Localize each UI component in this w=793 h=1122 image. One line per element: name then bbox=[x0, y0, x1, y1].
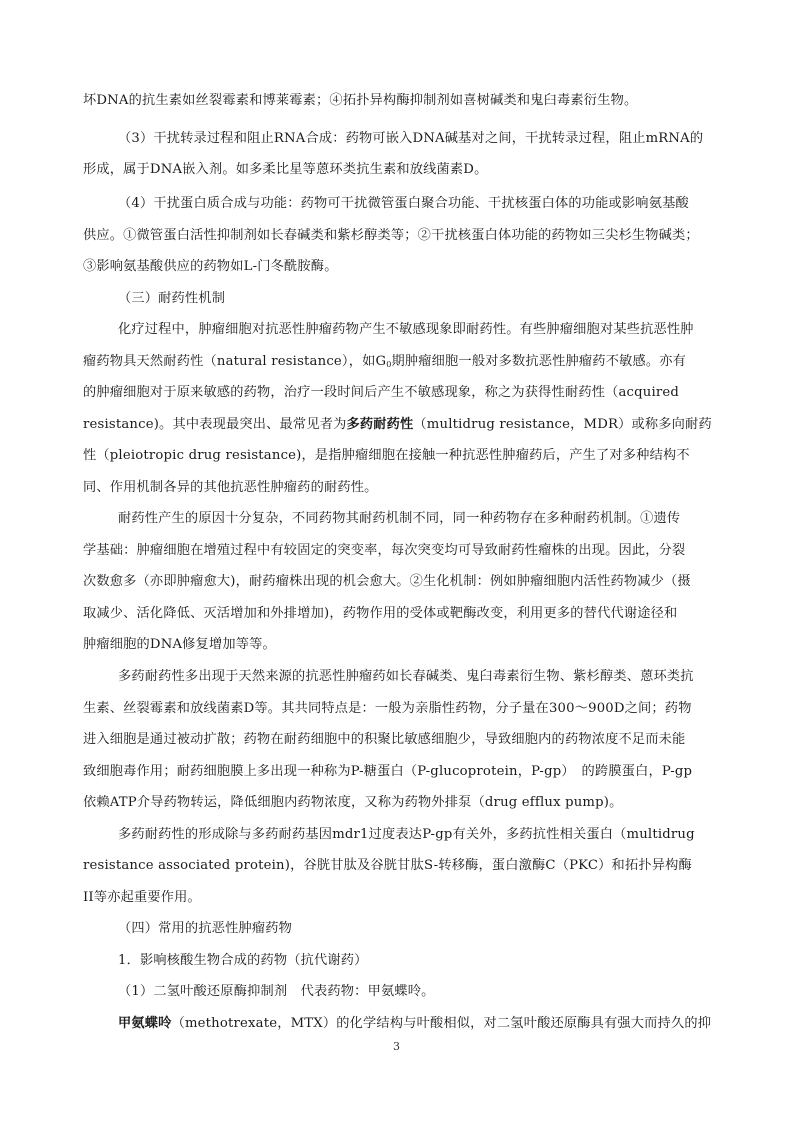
text-run: 多药耐药性多出现于天然来源的抗恶性肿瘤药如长春碱类、鬼臼毒素衍生物、紫杉醇类、蒽… bbox=[118, 669, 694, 684]
text-run: （1）二氢叶酸还原酶抑制剂 代表药物：甲氨蝶呤。 bbox=[118, 984, 435, 999]
text-line: 生素、丝裂霉素和放线菌素D等。其共同特点是：一般为亲脂性药物，分子量在300～9… bbox=[83, 701, 715, 717]
text-line: 1．影响核酸生物合成的药物（抗代谢药） bbox=[118, 953, 750, 969]
text-line: 坏DNA的抗生素如丝裂霉素和博莱霉素；④拓扑异构酶抑制剂如喜树碱类和鬼臼毒素衍生… bbox=[83, 93, 715, 109]
text-line: （四）常用的抗恶性肿瘤药物 bbox=[118, 921, 750, 937]
text-line: 耐药性产生的原因十分复杂，不同药物其耐药机制不同，同一种药物存在多种耐药机制。①… bbox=[118, 511, 715, 527]
text-line: 依赖ATP介导药物转运，降低细胞内药物浓度，又称为药物外排泵（drug effl… bbox=[83, 795, 715, 811]
text-run: 形成，属于DNA嵌入剂。如多柔比星等蒽环类抗生素和放线菌素D。 bbox=[83, 162, 487, 177]
text-run: （4）干扰蛋白质合成与功能：药物可干扰微管蛋白聚合功能、干扰核蛋白体的功能或影响… bbox=[118, 196, 689, 211]
bold-term: 甲氨蝶呤 bbox=[118, 1016, 172, 1031]
bold-term: 多药耐药性 bbox=[346, 417, 413, 432]
text-run: 进入细胞是通过被动扩散；药物在耐药细胞中的积聚比敏感细胞少，导致细胞内的药物浓度… bbox=[83, 732, 685, 747]
text-line: 瘤药物具天然耐药性（natural resistance），如G0期肿瘤细胞一般… bbox=[83, 354, 715, 373]
text-run: 次数愈多（亦即肿瘤愈大)，耐药瘤株出现的机会愈大。②生化机制：例如肿瘤细胞内活性… bbox=[83, 574, 691, 589]
text-run: 致细胞毒作用；耐药细胞膜上多出现一种称为P-糖蛋白（P-glucoprotein… bbox=[83, 764, 692, 779]
text-line: （1）二氢叶酸还原酶抑制剂 代表药物：甲氨蝶呤。 bbox=[118, 984, 750, 1000]
text-line: 同、作用机制各异的其他抗恶性肿瘤药的耐药性。 bbox=[83, 480, 715, 496]
text-line: resistance)。其中表现最突出、最常见者为多药耐药性（multidrug… bbox=[83, 417, 715, 433]
text-run: resistance associated protein)，谷胱甘肽及谷胱甘肽… bbox=[83, 858, 692, 873]
text-run: 生素、丝裂霉素和放线菌素D等。其共同特点是：一般为亲脂性药物，分子量在300～9… bbox=[83, 701, 692, 716]
text-run: 取减少、活化降低、灭活增加和外排增加)，药物作用的受体或靶酶改变，利用更多的替代… bbox=[83, 606, 677, 621]
text-line: 的肿瘤细胞对于原来敏感的药物，治疗一段时间后产生不敏感现象，称之为获得性耐药性（… bbox=[83, 385, 715, 401]
text-line: 形成，属于DNA嵌入剂。如多柔比星等蒽环类抗生素和放线菌素D。 bbox=[83, 162, 715, 178]
text-run: 性（pleiotropic drug resistance)，是指肿瘤细胞在接触… bbox=[83, 448, 690, 463]
text-line: resistance associated protein)，谷胱甘肽及谷胱甘肽… bbox=[83, 858, 715, 874]
text-line: （三）耐药性机制 bbox=[118, 291, 750, 307]
text-line: 甲氨蝶呤（methotrexate，MTX）的化学结构与叶酸相似，对二氢叶酸还原… bbox=[118, 1016, 750, 1032]
text-run: 期肿瘤细胞一般对多数抗恶性肿瘤药不敏感。亦有 bbox=[392, 354, 687, 369]
text-run: 学基础：肿瘤细胞在增殖过程中有较固定的突变率，每次突变均可导致耐药性瘤株的出现。… bbox=[83, 543, 685, 558]
page-number: 3 bbox=[0, 1040, 793, 1053]
text-run: 同、作用机制各异的其他抗恶性肿瘤药的耐药性。 bbox=[83, 480, 378, 495]
text-run: resistance)。其中表现最突出、最常见者为 bbox=[83, 417, 346, 432]
text-line: 学基础：肿瘤细胞在增殖过程中有较固定的突变率，每次突变均可导致耐药性瘤株的出现。… bbox=[83, 543, 715, 559]
text-run: 坏DNA的抗生素如丝裂霉素和博莱霉素；④拓扑异构酶抑制剂如喜树碱类和鬼臼毒素衍生… bbox=[83, 93, 637, 108]
text-run: ③影响氨基酸供应的药物如L-门冬酰胺酶。 bbox=[83, 259, 338, 274]
text-run: II等亦起重要作用。 bbox=[83, 890, 201, 905]
text-run: （methotrexate，MTX）的化学结构与叶酸相似，对二氢叶酸还原酶具有强… bbox=[172, 1016, 712, 1031]
text-run: （3）干扰转录过程和阻止RNA合成：药物可嵌入DNA碱基对之间，干扰转录过程，阻… bbox=[118, 131, 703, 146]
text-run: （三）耐药性机制 bbox=[118, 291, 225, 306]
text-line: 次数愈多（亦即肿瘤愈大)，耐药瘤株出现的机会愈大。②生化机制：例如肿瘤细胞内活性… bbox=[83, 574, 715, 590]
text-line: II等亦起重要作用。 bbox=[83, 890, 715, 906]
text-run: 肿瘤细胞的DNA修复增加等等。 bbox=[83, 637, 276, 652]
text-run: 1．影响核酸生物合成的药物（抗代谢药） bbox=[118, 953, 368, 968]
text-line: 性（pleiotropic drug resistance)，是指肿瘤细胞在接触… bbox=[83, 448, 715, 464]
text-run: 瘤药物具天然耐药性（natural resistance），如G bbox=[83, 354, 386, 369]
text-line: 致细胞毒作用；耐药细胞膜上多出现一种称为P-糖蛋白（P-glucoprotein… bbox=[83, 764, 715, 780]
text-run: （multidrug resistance，MDR）或称多向耐药 bbox=[413, 417, 711, 432]
text-line: 多药耐药性的形成除与多药耐药基因mdr1过度表达P-gp有关外，多药抗性相关蛋白… bbox=[118, 827, 715, 843]
text-run: （四）常用的抗恶性肿瘤药物 bbox=[118, 921, 292, 936]
text-run: 化疗过程中，肿瘤细胞对抗恶性肿瘤药物产生不敏感现象即耐药性。有些肿瘤细胞对某些抗… bbox=[118, 322, 694, 337]
text-line: 化疗过程中，肿瘤细胞对抗恶性肿瘤药物产生不敏感现象即耐药性。有些肿瘤细胞对某些抗… bbox=[118, 322, 715, 338]
text-run: 多药耐药性的形成除与多药耐药基因mdr1过度表达P-gp有关外，多药抗性相关蛋白… bbox=[118, 827, 695, 842]
document-page: 坏DNA的抗生素如丝裂霉素和博莱霉素；④拓扑异构酶抑制剂如喜树碱类和鬼臼毒素衍生… bbox=[0, 0, 793, 1122]
text-line: 多药耐药性多出现于天然来源的抗恶性肿瘤药如长春碱类、鬼臼毒素衍生物、紫杉醇类、蒽… bbox=[118, 669, 715, 685]
text-line: 肿瘤细胞的DNA修复增加等等。 bbox=[83, 637, 715, 653]
text-run: 供应。①微管蛋白活性抑制剂如长春碱类和紫杉醇类等；②干扰核蛋白体功能的药物如三尖… bbox=[83, 228, 699, 243]
text-run: 耐药性产生的原因十分复杂，不同药物其耐药机制不同，同一种药物存在多种耐药机制。①… bbox=[118, 511, 680, 526]
text-run: 的肿瘤细胞对于原来敏感的药物，治疗一段时间后产生不敏感现象，称之为获得性耐药性（… bbox=[83, 385, 679, 400]
text-line: 取减少、活化降低、灭活增加和外排增加)，药物作用的受体或靶酶改变，利用更多的替代… bbox=[83, 606, 715, 622]
text-line: 供应。①微管蛋白活性抑制剂如长春碱类和紫杉醇类等；②干扰核蛋白体功能的药物如三尖… bbox=[83, 228, 715, 244]
text-line: 进入细胞是通过被动扩散；药物在耐药细胞中的积聚比敏感细胞少，导致细胞内的药物浓度… bbox=[83, 732, 715, 748]
text-run: 依赖ATP介导药物转运，降低细胞内药物浓度，又称为药物外排泵（drug effl… bbox=[83, 795, 623, 810]
text-line: （4）干扰蛋白质合成与功能：药物可干扰微管蛋白聚合功能、干扰核蛋白体的功能或影响… bbox=[118, 196, 715, 212]
text-line: （3）干扰转录过程和阻止RNA合成：药物可嵌入DNA碱基对之间，干扰转录过程，阻… bbox=[118, 131, 715, 147]
text-line: ③影响氨基酸供应的药物如L-门冬酰胺酶。 bbox=[83, 259, 715, 275]
